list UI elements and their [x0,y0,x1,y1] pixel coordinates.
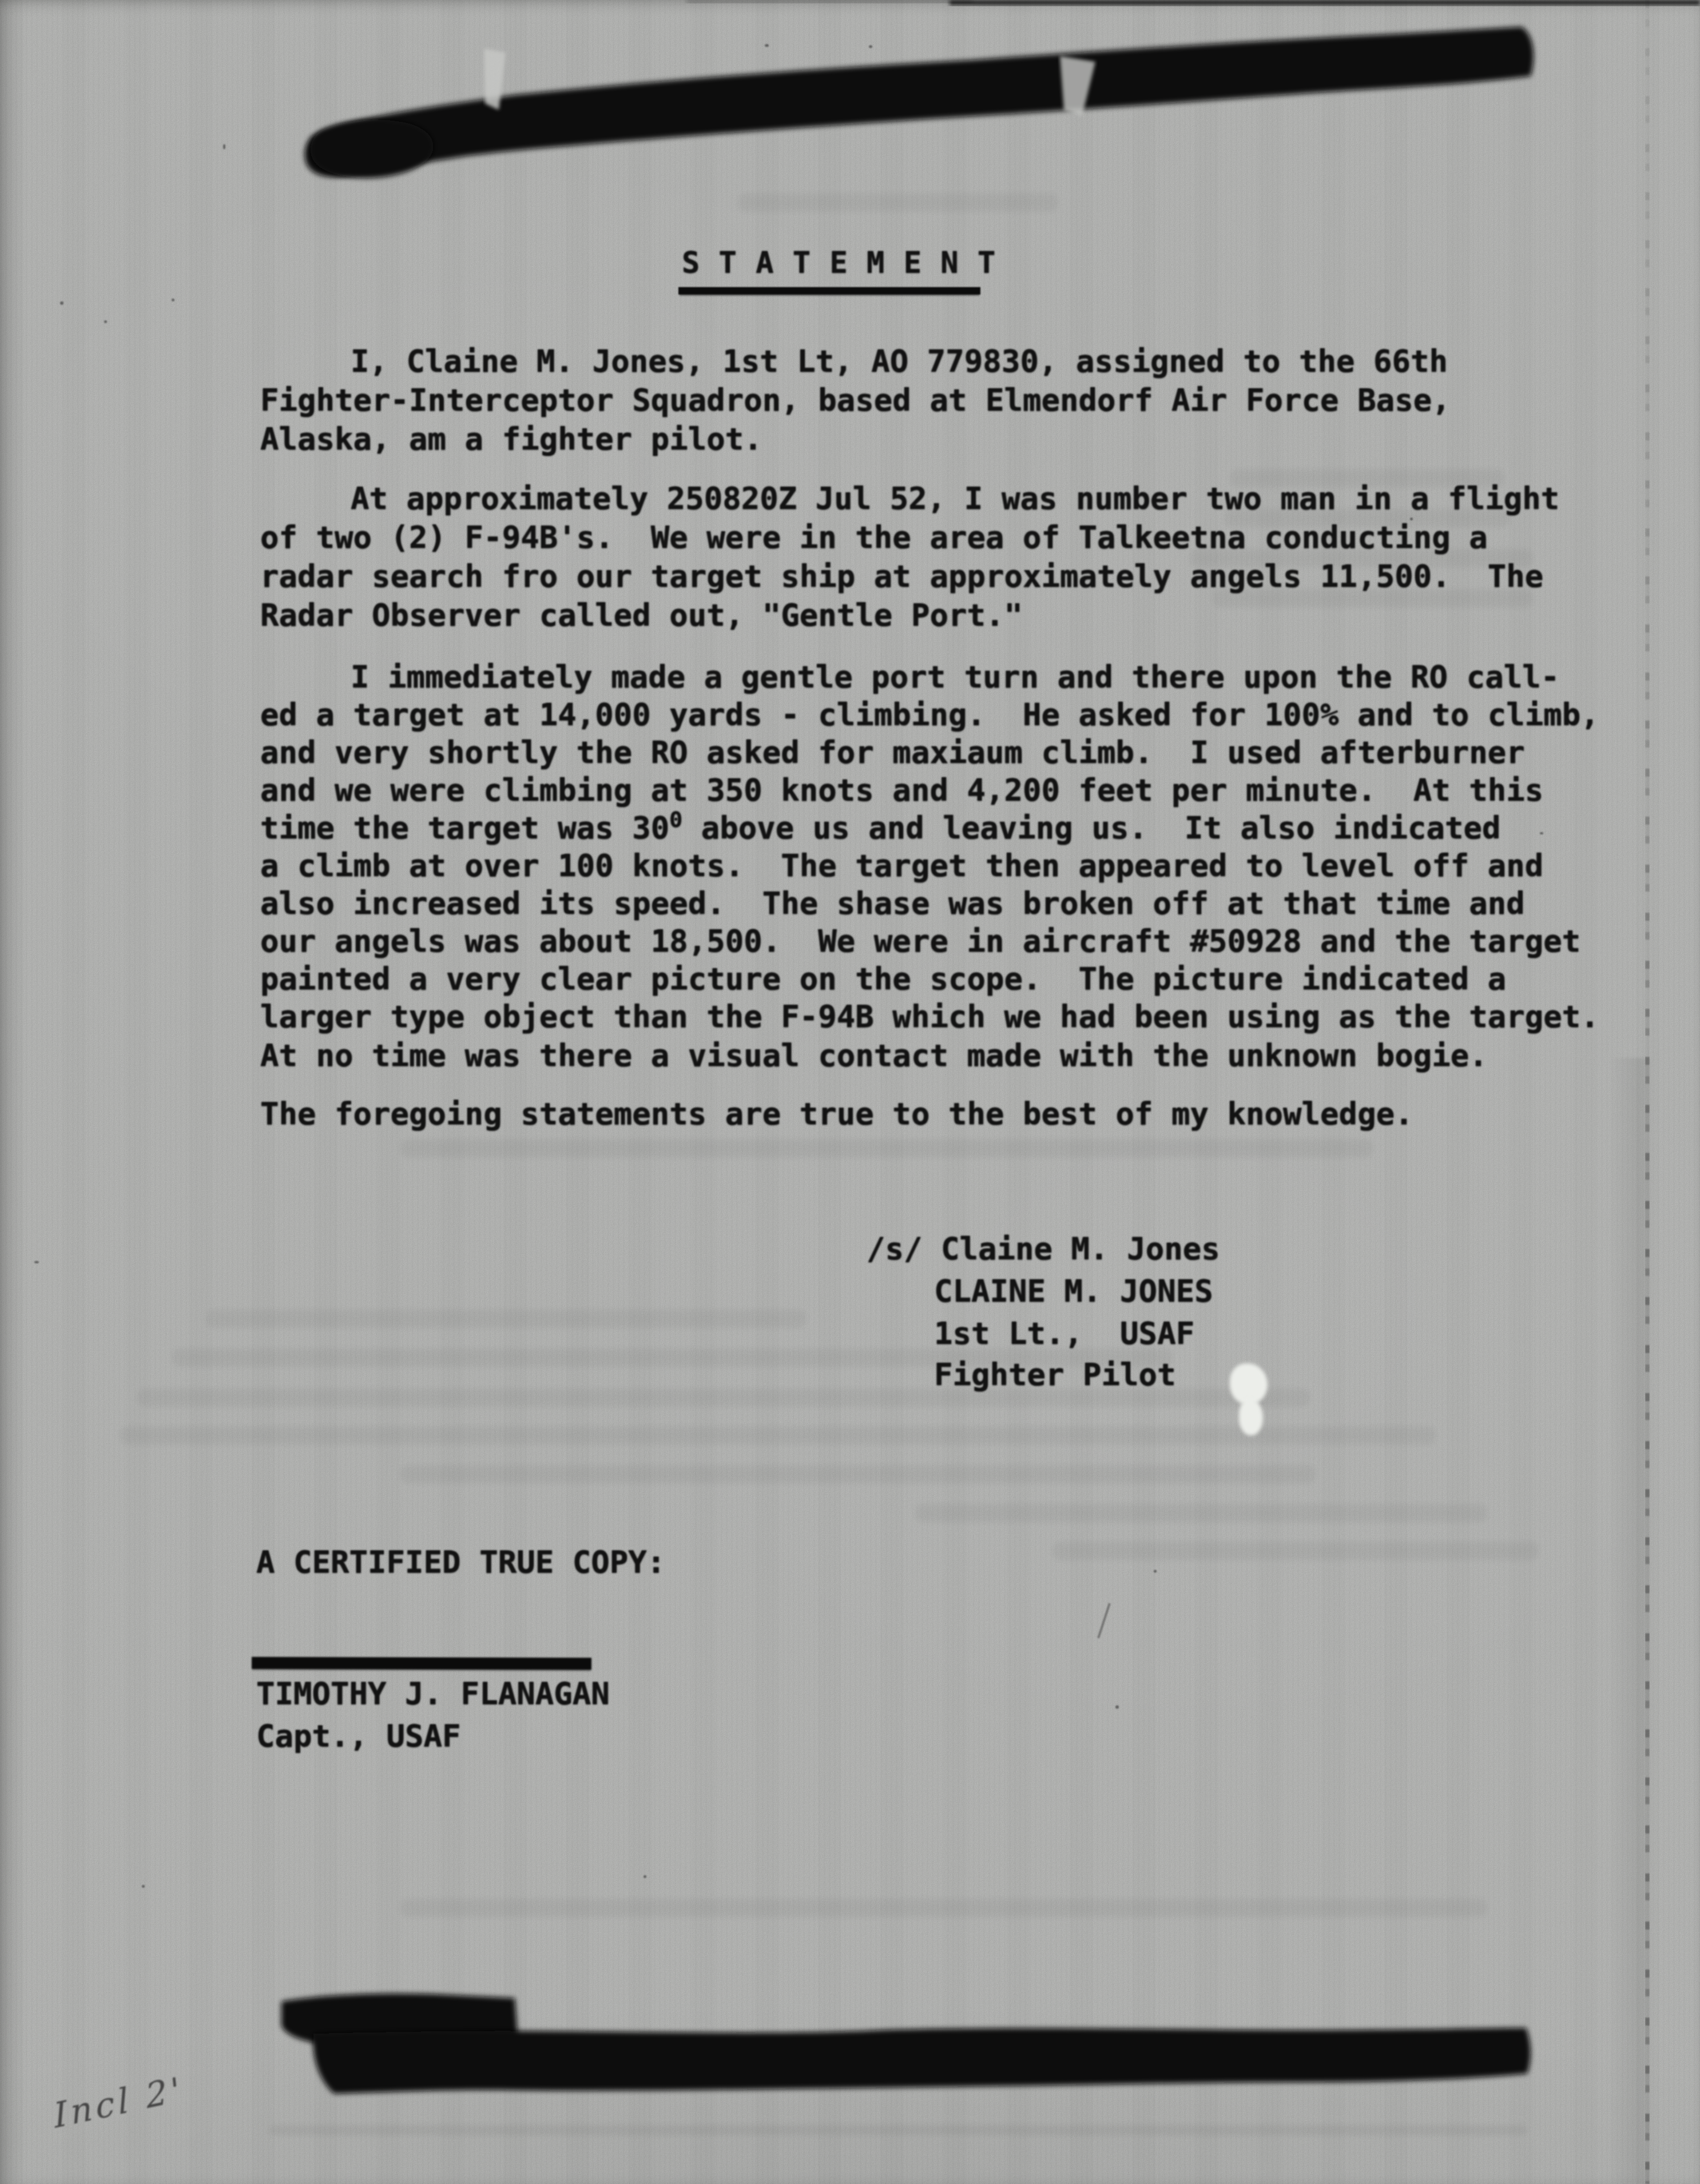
top-edge-strip [950,0,1700,5]
scanned-document-page: S T A T E M E N T I, Claine M. Jones, 1s… [0,0,1700,2184]
top-redaction-blob-left-lobe [311,120,434,178]
bottom-redaction-bar [313,2028,1530,2094]
right-fold-line [1645,0,1650,2184]
redaction-marks [0,0,1700,2184]
top-edge-strip-faint [686,0,972,3]
